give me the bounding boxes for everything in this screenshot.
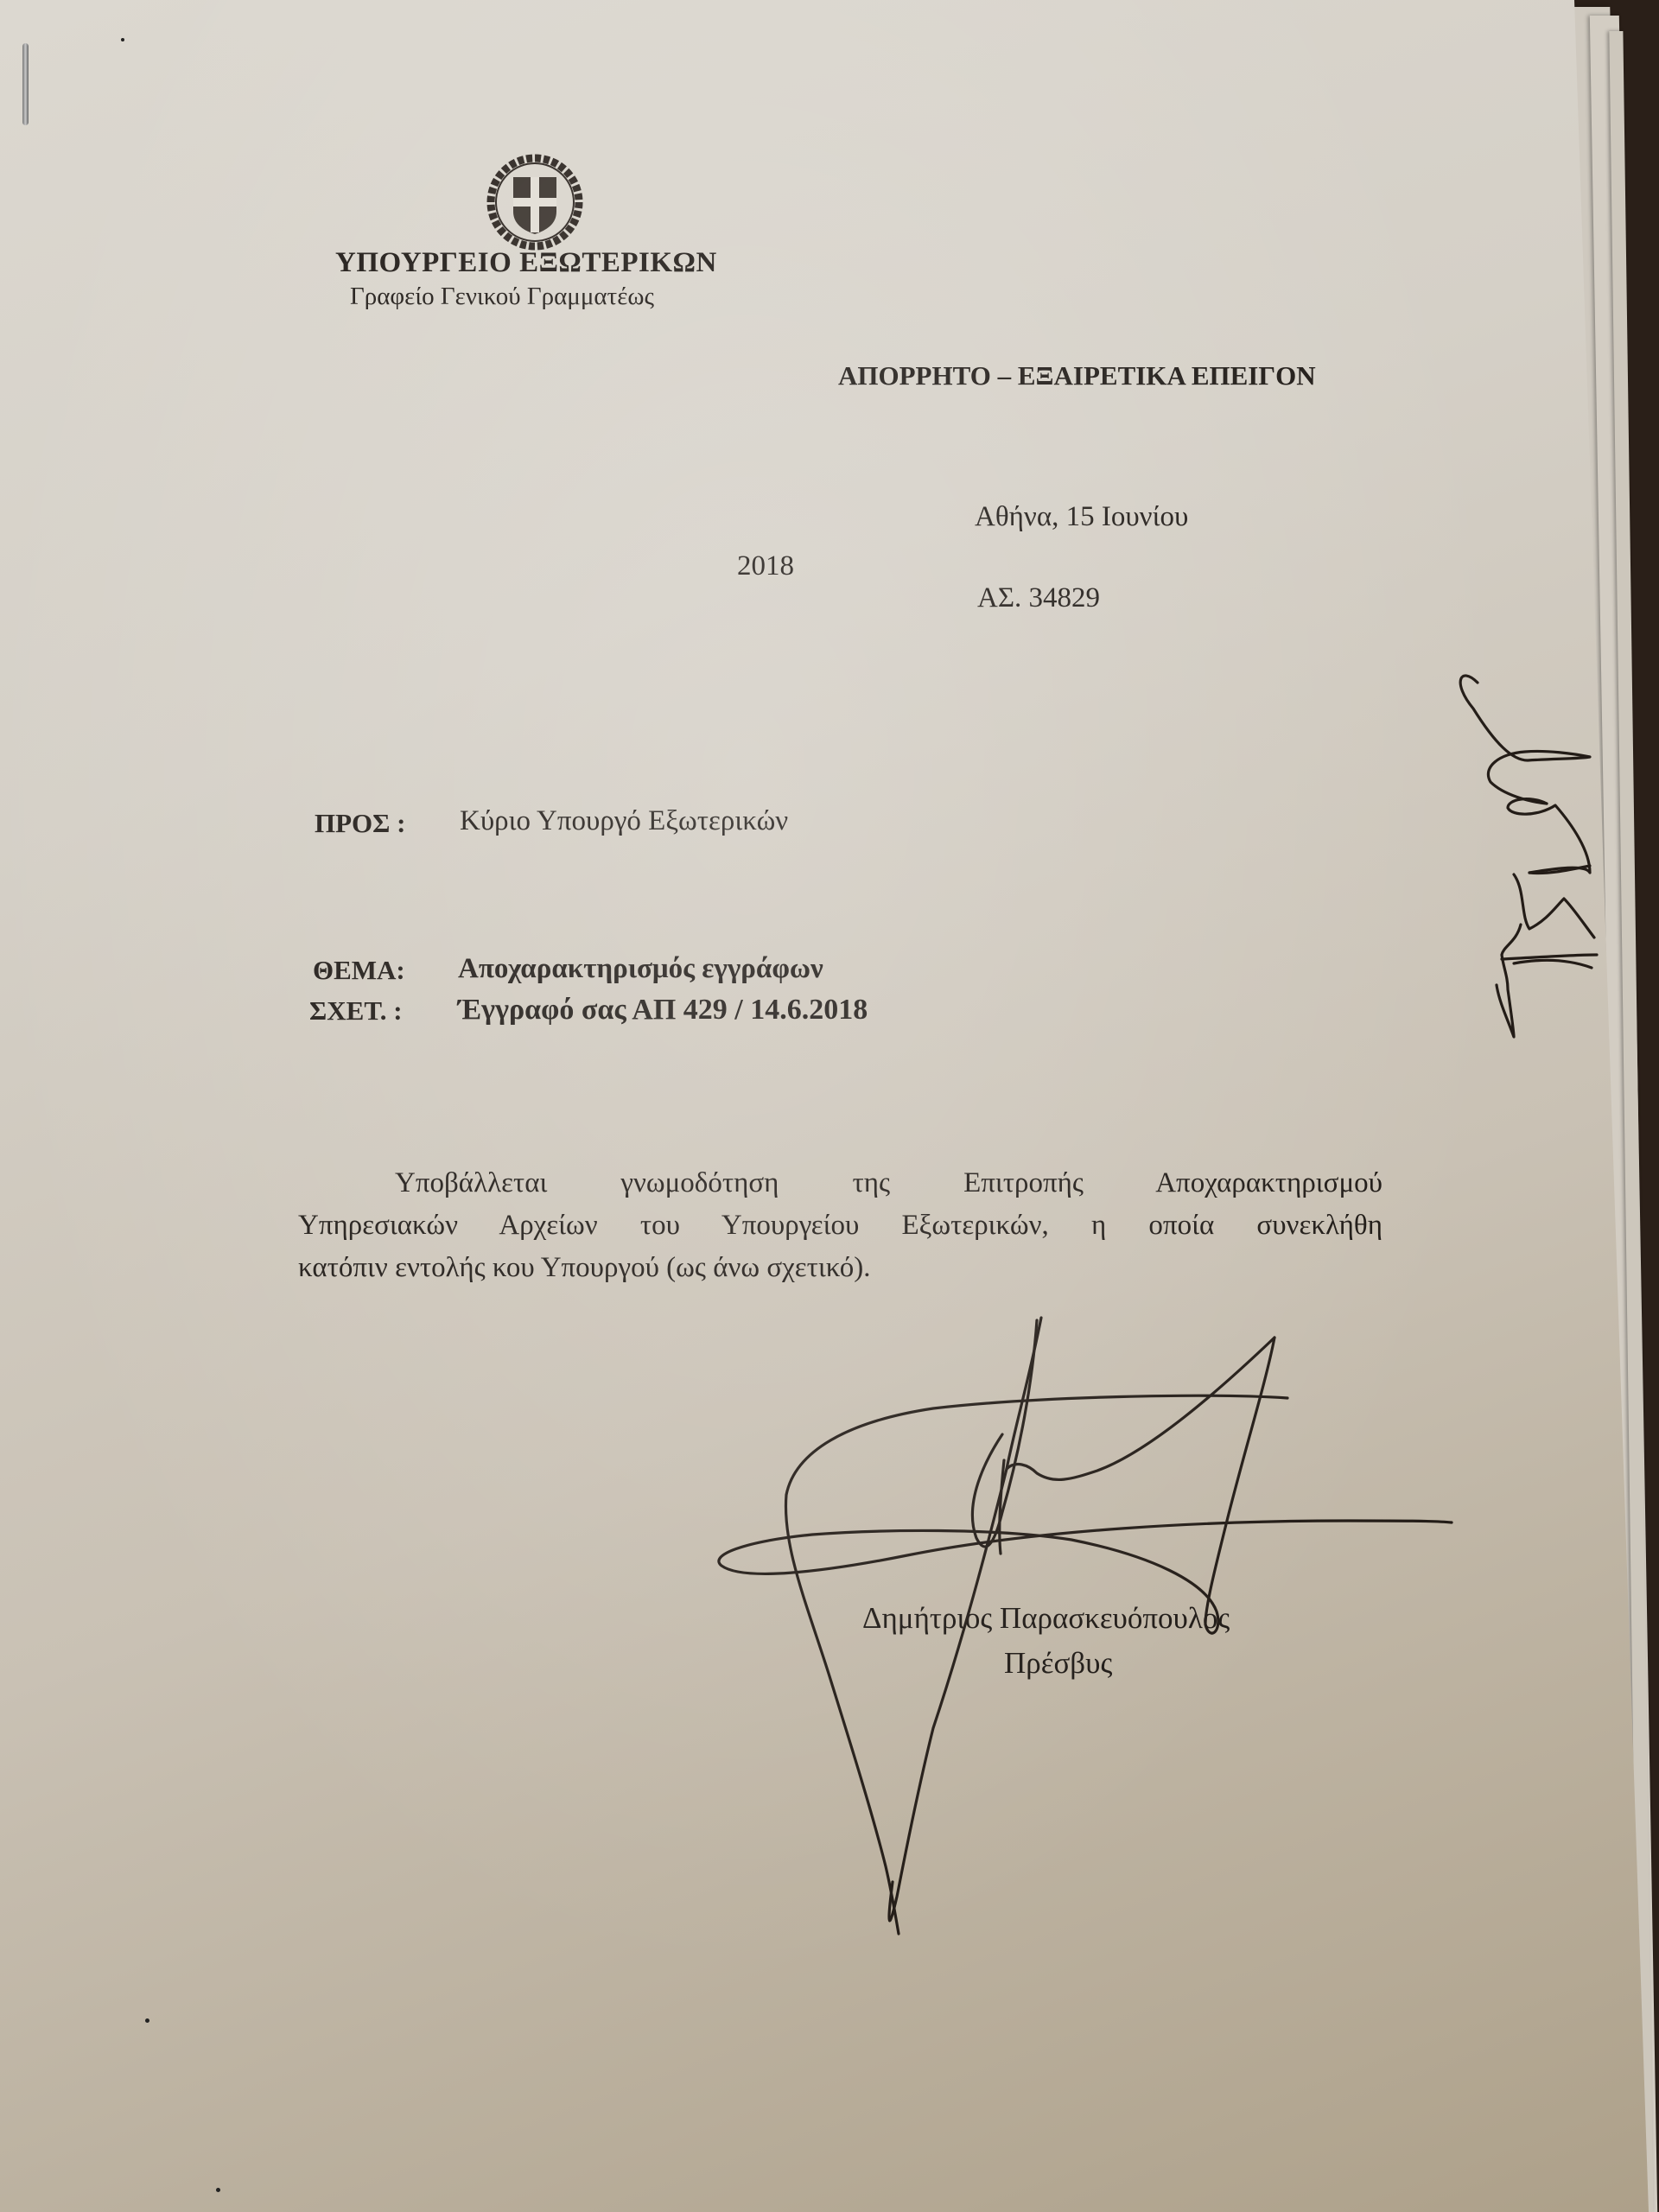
body-line: κατόπιν εντολής κου Υπουργού (ως άνω σχε… (298, 1247, 1382, 1289)
reference-number: ΑΣ. 34829 (977, 582, 1100, 614)
place-date: Αθήνα, 15 Ιουνίου (975, 501, 1188, 533)
greek-coat-of-arms-icon (484, 151, 586, 253)
related-label: ΣΧΕΤ. : (309, 995, 403, 1027)
paper-speck (145, 2018, 149, 2023)
signer-title: Πρέσβυς (1004, 1646, 1112, 1681)
paper-speck (121, 38, 124, 41)
body-line: Υπηρεσιακών Αρχείων του Υπουργείου Εξωτε… (298, 1205, 1382, 1247)
date-year: 2018 (737, 550, 794, 582)
ministry-name: ΥΠΟΥΡΓΕΙΟ ΕΞΩΤΕΡΙΚΩΝ (335, 247, 717, 279)
signer-name: Δημήτριος Παρασκευόπουλος (862, 1601, 1230, 1636)
recipient-value: Κύριο Υπουργό Εξωτερικών (460, 805, 788, 837)
classification-marking: ΑΠΟΡΡΗΤΟ – ΕΞΑΙΡΕΤΙΚΑ ΕΠΕΙΓΟΝ (838, 360, 1316, 391)
paper-speck (216, 2188, 220, 2192)
handwritten-initials (1460, 676, 1597, 1037)
body-paragraph: Υποβάλλεται γνωμοδότηση της Επιτροπής Απ… (298, 1162, 1382, 1289)
body-line: Υποβάλλεται γνωμοδότηση της Επιτροπής Απ… (298, 1162, 1382, 1205)
document-page: ΥΠΟΥΡΓΕΙΟ ΕΞΩΤΕΡΙΚΩΝ Γραφείο Γενικού Γρα… (0, 0, 1659, 2212)
handwriting-layer (0, 0, 1659, 2212)
subject-label: ΘΕΜΑ: (313, 955, 405, 986)
related-value: Έγγραφό σας ΑΠ 429 / 14.6.2018 (458, 994, 868, 1027)
office-name: Γραφείο Γενικού Γραμματέως (350, 283, 654, 311)
staple (22, 43, 29, 125)
subject-value: Αποχαρακτηρισμός εγγράφων (458, 953, 823, 985)
recipient-label: ΠΡΟΣ : (315, 808, 406, 839)
